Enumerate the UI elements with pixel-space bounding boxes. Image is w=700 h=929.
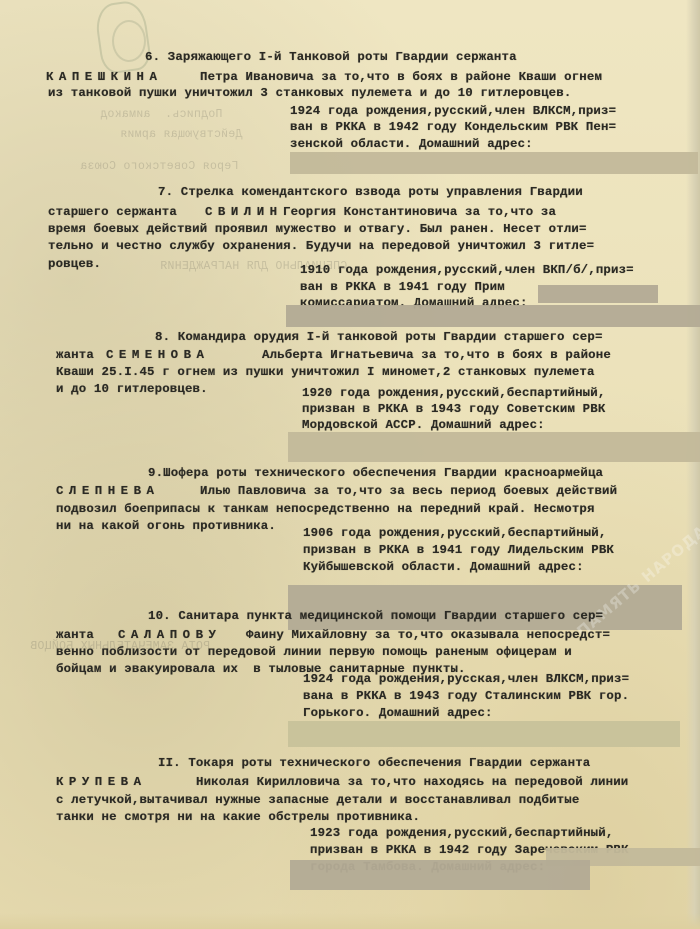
entry-10-bio: вана в РККА в 1943 году Сталинским РВК г… [303, 689, 629, 703]
entry-8-text: и до 10 гитлеровцев. [56, 382, 208, 396]
page-edge [686, 0, 700, 929]
entry-7-text: старшего сержанта [48, 205, 177, 219]
entry-8-text: Кваши 25.I.45 г огнем из пушки уничтожил… [56, 365, 595, 379]
entry-10-bio: 1924 года рождения,русская,член ВЛКСМ,пр… [303, 672, 629, 686]
entry-6-surname: КАПЕШКИНА [46, 70, 162, 84]
entry-11-surname: КРУПЕВА [56, 775, 147, 789]
entry-7-text: Георгия Константиновича за то,что за [283, 205, 556, 219]
entry-8-surname: СЕМЕНОВА [106, 348, 210, 362]
entry-7-bio: ван в РККА в 1941 году Прим [300, 280, 505, 294]
entry-9-text: Илью Павловича за то,что за весь период … [200, 484, 617, 498]
entry-10-heading: 10. Санитара пункта медицинской помощи Г… [148, 609, 603, 623]
entry-10-text: Фаину Михайловну за то,что оказывала неп… [246, 628, 610, 642]
entry-9-heading: 9.Шофера роты технического обеспечения Г… [148, 466, 603, 480]
show-through-text: Героя Советского Союза [80, 160, 238, 173]
redaction-box [538, 285, 658, 303]
entry-8-text: Альберта Игнатьевича за то,что в боях в … [262, 348, 611, 362]
entry-6-heading: 6. Заряжающего I-й Танковой роты Гвардии… [145, 50, 517, 64]
entry-11-text: танки не смотря ни на какие обстрелы про… [56, 810, 420, 824]
entry-10-bio: Горького. Домашний адрес: [303, 706, 493, 720]
entry-8-heading: 8. Командира орудия I-й танковой роты Гв… [155, 330, 603, 344]
entry-9-bio: 1906 года рождения,русский,беспартийный, [303, 526, 606, 540]
redaction-box [290, 152, 698, 174]
document-page: Подпись. аимакод Действующая армия Героя… [0, 0, 700, 929]
entry-8-bio: Мордовской АССР. Домашний адрес: [302, 418, 545, 432]
show-through-text: Подпись. аимакод [100, 108, 222, 121]
entry-9-bio: Куйбышевской области. Домашний адрес: [303, 560, 584, 574]
entry-8-bio: призван в РККА в 1943 году Советским РВК [302, 402, 605, 416]
entry-6-text: Петра Ивановича за то,что в боях в район… [200, 70, 602, 84]
entry-7-bio: 1910 года рождения,русский,член ВКП/б/,п… [300, 263, 634, 277]
entry-6-bio: ван в РККА в 1942 году Кондельским РВК П… [290, 120, 616, 134]
entry-11-bio: 1923 года рождения,русский,беспартийный, [310, 826, 613, 840]
entry-7-surname: СВИЛИН [205, 205, 283, 219]
entry-9-surname: СЛЕПНЕВА [56, 484, 160, 498]
page-edge [0, 913, 700, 929]
entry-6-bio: зенской области. Домашний адрес: [290, 137, 533, 151]
redaction-box [288, 432, 700, 462]
entry-11-text: с летучкой,вытачивал нужные запасные дет… [56, 793, 579, 807]
entry-7-text: тельно и честно службу охранения. Будучи… [48, 239, 594, 253]
entry-8-bio: 1920 года рождения,русский,беспартийный, [302, 386, 605, 400]
redaction-box [286, 305, 700, 327]
entry-10-surname: САЛАПОВУ [118, 628, 222, 642]
entry-6-text: из танковой пушки уничтожил 3 станковых … [48, 86, 571, 100]
entry-10-text: венно поблизости от передовой линии перв… [56, 645, 572, 659]
entry-11-heading: II. Токаря роты технического обеспечения… [158, 756, 590, 770]
entry-9-text: подвозил боеприпасы к танкам непосредств… [56, 502, 595, 516]
redaction-box [288, 721, 680, 747]
entry-7-text: время боевых действий проявил мужество и… [48, 222, 587, 236]
entry-10-text: жанта [56, 628, 94, 642]
faded-stamp [112, 20, 146, 62]
redaction-box [290, 860, 590, 890]
entry-11-text: Николая Кирилловича за то,что находясь н… [196, 775, 628, 789]
entry-9-text: ни на какой огонь противника. [56, 519, 276, 533]
entry-9-bio: призван в РККА в 1941 году Лидельским РВ… [303, 543, 614, 557]
entry-7-heading: 7. Стрелка комендантского взвода роты уп… [158, 185, 583, 199]
entry-6-bio: 1924 года рождения,русский,член ВЛКСМ,пр… [290, 104, 616, 118]
entry-7-text: ровцев. [48, 257, 101, 271]
show-through-text: Действующая армия [120, 128, 242, 141]
entry-8-text: жанта [56, 348, 94, 362]
